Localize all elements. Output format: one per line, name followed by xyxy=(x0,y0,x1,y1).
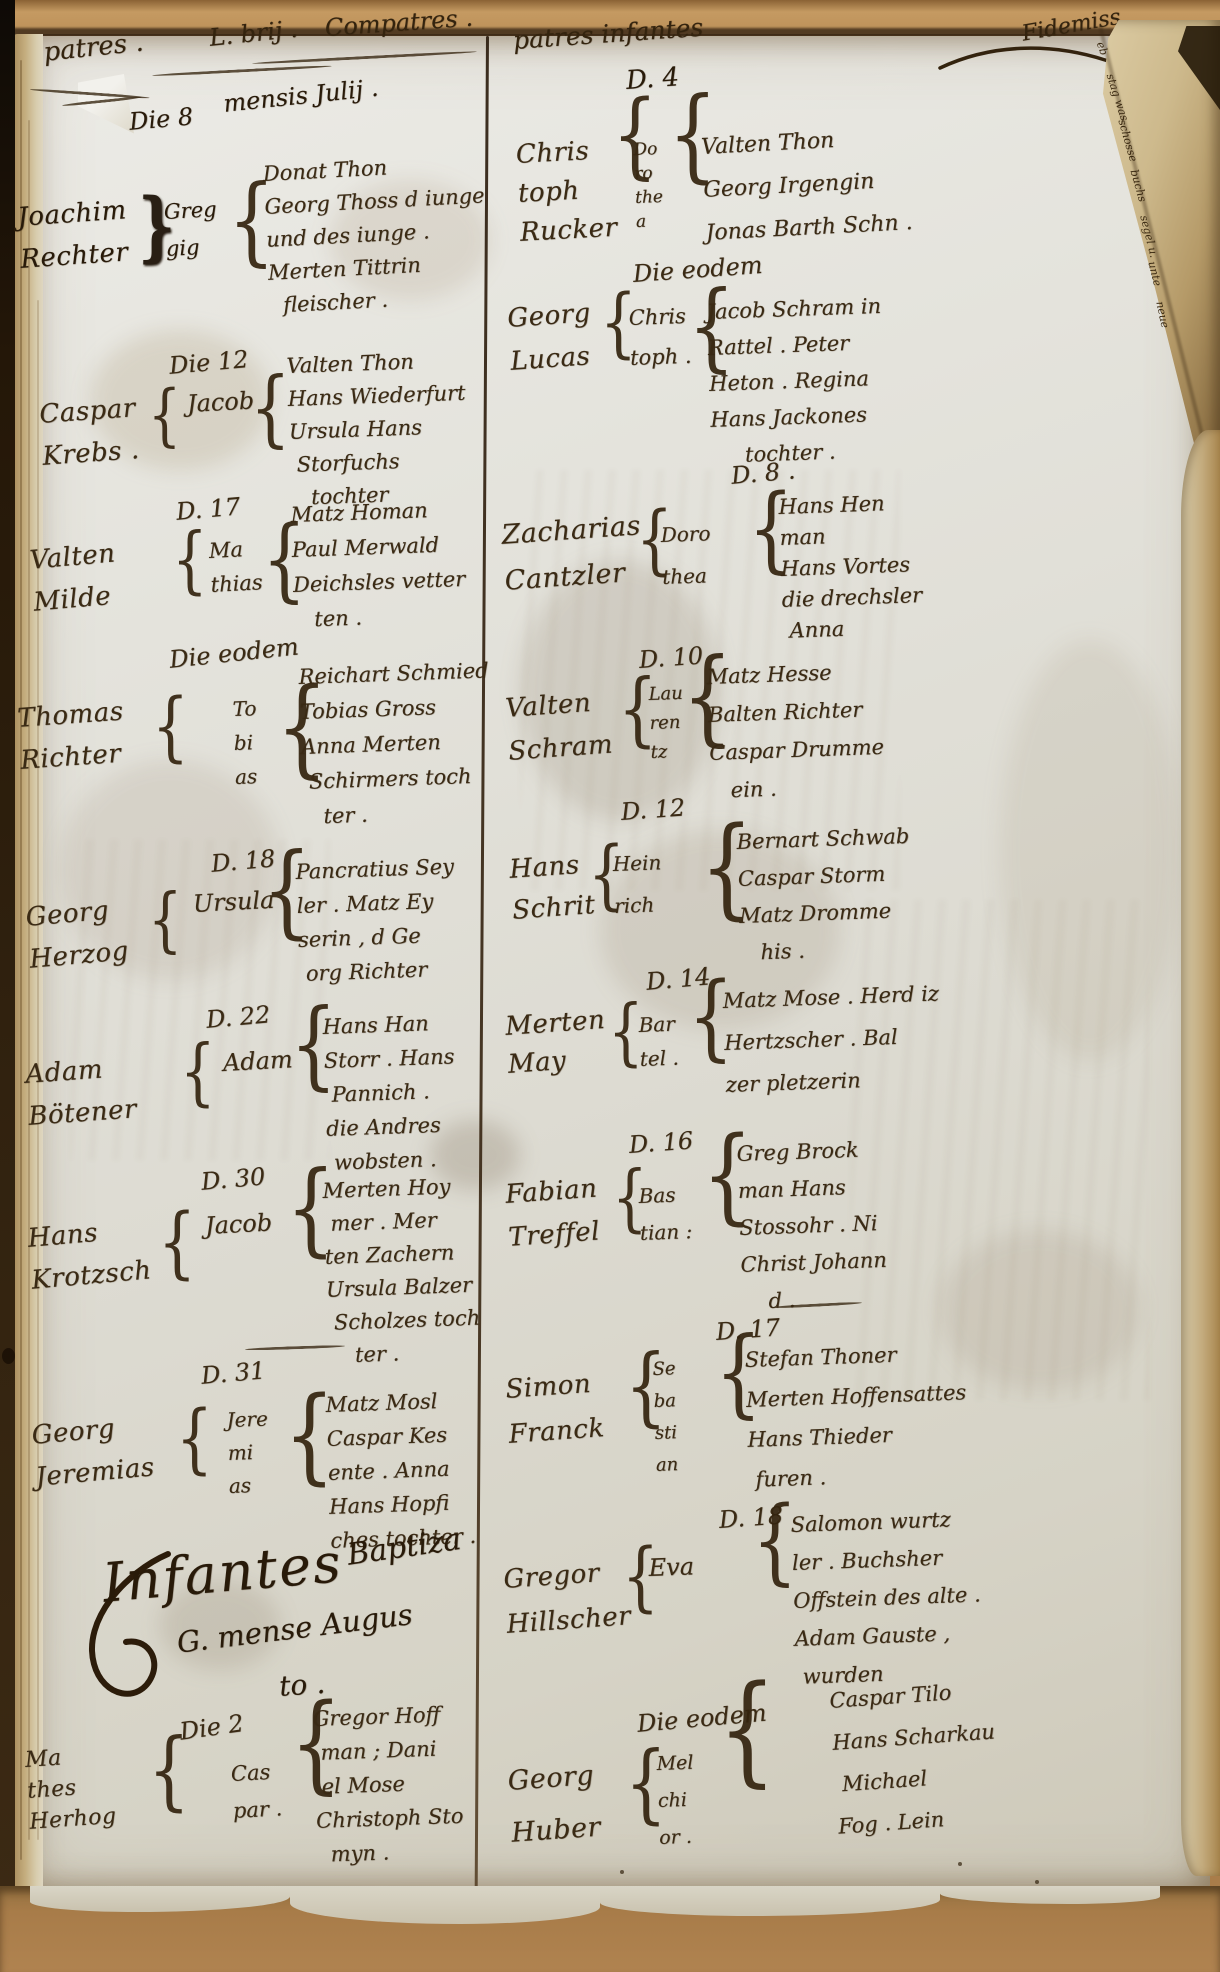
entry-r2-child: Chris toph . xyxy=(628,296,692,378)
entry-r4-father: Valten Schram xyxy=(504,681,614,774)
brace-glyph: { xyxy=(152,682,189,770)
ink-speck xyxy=(958,1862,962,1866)
entry-l3-father: Valten Milde xyxy=(28,533,121,624)
entry-r10-father: Georg Huber xyxy=(506,1750,603,1860)
entry-l1-child: Greg gig xyxy=(163,191,219,268)
entry-r5-child: Hein rich xyxy=(612,841,663,927)
entry-r9-father: Gregor Hillscher xyxy=(502,1549,633,1647)
entry-l6-father: Adam Bötener xyxy=(24,1046,138,1137)
brace-glyph: { xyxy=(176,1394,213,1482)
entry-r5-date: D. 12 xyxy=(620,794,686,826)
month-heading-die: Die 8 xyxy=(128,102,194,135)
entry-r4-child: Lau ren tz xyxy=(648,679,685,767)
entry-r7-father: Fabian Treffel xyxy=(504,1168,602,1260)
entry-r1-child: Do ro the a xyxy=(633,137,664,234)
entry-r1-godparents: Valten Thon Georg Irgengin Jonas Barth S… xyxy=(700,115,914,255)
entry-r8-child: Se ba sti an xyxy=(652,1353,679,1482)
entry-r6-child: Bar tel . xyxy=(638,1007,679,1076)
entry-r8-father: Simon Franck xyxy=(504,1361,606,1457)
entry-l3-godparents: Matz Homan Paul Merwald Deichsles vetter… xyxy=(290,492,467,638)
entry-l3-child: Ma thias xyxy=(208,531,263,602)
entry-l7-father: Hans Krotzsch xyxy=(26,1208,153,1302)
entry-r9-child: Eva xyxy=(648,1548,695,1586)
ink-blot-margin xyxy=(2,1348,15,1364)
entry-r3-father: Zacharias Cantzler xyxy=(500,503,646,605)
entry-r2-father: Georg Lucas xyxy=(506,292,595,384)
entry-r10-child: Mel chi or . xyxy=(656,1745,697,1857)
entry-l8-date: D. 31 xyxy=(200,1356,266,1389)
entry-r9-godparents: Salomon wurtz ler . Buchsher Offstein de… xyxy=(790,1499,984,1695)
entry-l4-child: To bi as xyxy=(232,691,259,794)
entry-l8-father: Georg Jeremias xyxy=(30,1405,156,1499)
entry-r5-father: Hans Schrit xyxy=(508,844,597,932)
entry-l9-godparents: Gregor Hoff man ; Dani el Mose Christoph… xyxy=(312,1697,465,1872)
entry-r2-godparents: Jacob Schram in Rattel . Peter Heton . R… xyxy=(706,288,887,474)
entry-l6-godparents: Hans Han Storr . Hans Pannich . die Andr… xyxy=(322,1005,459,1179)
entry-r4-godparents: Matz Hesse Balten Richter Caspar Drumme … xyxy=(706,652,886,810)
register-page-scan: patres . L. brij . Compatres . Die 8 men… xyxy=(0,0,1220,1972)
brace-glyph: { xyxy=(148,377,181,455)
entry-r1-father: Chris toph Rucker xyxy=(515,131,618,253)
entry-r7-date: D. 16 xyxy=(628,1127,694,1159)
entry-l7-child: Jacob xyxy=(204,1204,273,1243)
brace-glyph: { xyxy=(148,879,182,961)
entry-l6-child: Adam xyxy=(222,1041,294,1081)
entry-r7-godparents: Greg Brock man Hans Stossohr . Ni Christ… xyxy=(736,1131,889,1321)
entry-r7-child: Bas tian : xyxy=(638,1176,693,1252)
entry-l2-child: Jacob xyxy=(186,382,255,421)
entry-l5-father: Georg Herzog xyxy=(24,888,130,980)
binding-shadow xyxy=(0,0,15,1972)
entry-r10-godparents: Caspar Tilo Hans Scharkau Michael Fog . … xyxy=(828,1669,1002,1848)
entry-r8-godparents: Stefan Thoner Merten Hoffensattes Hans T… xyxy=(744,1332,970,1500)
entry-l9-child: Cas par . xyxy=(230,1753,283,1829)
brace-glyph: { xyxy=(158,1198,196,1289)
entry-l2-father: Caspar Krebs . xyxy=(38,387,141,478)
entry-r3-godparents: Hans Hen man Hans Vortes die drechsler A… xyxy=(778,487,924,647)
ink-speck xyxy=(1035,1880,1039,1884)
ink-speck xyxy=(620,1870,624,1874)
entry-l4-father: Thomas Richter xyxy=(16,691,128,782)
entry-l8-child: Jere mi as xyxy=(226,1403,271,1503)
entry-l6-date: D. 22 xyxy=(205,1000,271,1033)
entry-l9-father: Ma thes Herhog xyxy=(24,1739,117,1838)
brace-glyph: { xyxy=(180,1030,216,1115)
page-edge-crease xyxy=(20,60,22,1860)
page-edge-crease xyxy=(28,120,30,1840)
entry-l2-godparents: Valten Thon Hans Wiederfurt Ursula Hans … xyxy=(286,344,470,515)
entry-r6-godparents: Matz Mose . Herd iz Hertzscher . Bal zer… xyxy=(722,972,943,1105)
entry-l7-godparents: Merten Hoy mer . Mer ten Zachern Ursula … xyxy=(322,1170,482,1373)
brace-glyph: { xyxy=(172,518,208,603)
entry-r3-child: Doro thea xyxy=(660,512,713,598)
brace-glyph: { xyxy=(250,361,291,457)
brace-glyph: { xyxy=(148,1720,190,1820)
entry-l5-godparents: Pancratius Sey ler . Matz Ey serin , d G… xyxy=(295,849,458,990)
entry-l7-date: D. 30 xyxy=(200,1162,266,1195)
page-curl-right-edge xyxy=(1181,430,1220,1876)
entry-r5-godparents: Bernart Schwab Caspar Storm Matz Dromme … xyxy=(736,818,914,972)
entry-l1-father: Joachim Rechter xyxy=(16,189,131,280)
entry-l4-godparents: Reichart Schmied Tobias Gross Anna Merte… xyxy=(298,653,494,835)
brace-glyph: { xyxy=(718,1660,777,1799)
entry-r6-father: Merten May xyxy=(504,1001,609,1084)
entry-l1-godparents: Donat Thon Georg Thoss d iunge und des i… xyxy=(262,146,491,322)
